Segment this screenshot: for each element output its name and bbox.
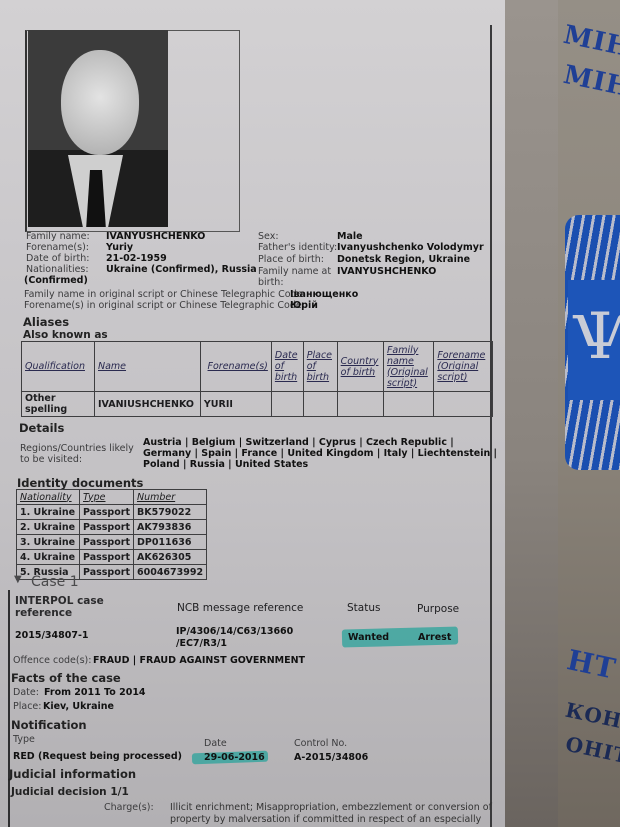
alias-name: IVANIUSHCHENKO: [95, 392, 201, 417]
father-label: Father's identity:: [258, 242, 337, 253]
original-family-label: Family name in original script or Chines…: [24, 289, 306, 300]
status-label: Status: [347, 603, 380, 614]
nationalities-value-cont: (Confirmed): [24, 275, 88, 286]
col-type: Type: [80, 490, 134, 505]
control-no-value: A-2015/34806: [294, 752, 368, 763]
alias-pob: [303, 392, 337, 417]
aliases-table: Qualification Name Forename(s) Date of b…: [21, 341, 493, 417]
offence-value: FRAUD | FRAUD AGAINST GOVERNMENT: [93, 655, 305, 666]
nationalities-label: Nationalities:: [26, 264, 89, 275]
table-row: 3. UkrainePassportDP011636: [17, 535, 207, 550]
doc-type: Passport: [80, 520, 134, 535]
page-border-left: [8, 590, 10, 827]
family-at-birth-label: Family name at: [258, 266, 331, 277]
alias-country: [337, 392, 383, 417]
alias-family-original: [383, 392, 433, 417]
col-family-original: Family name (Original script): [383, 342, 433, 392]
col-country: Country of birth: [337, 342, 383, 392]
col-forename: Forename(s): [200, 342, 271, 392]
status-value: Wanted: [348, 632, 389, 643]
table-row: Other spelling IVANIUSHCHENKO YURII: [22, 392, 493, 417]
nationalities-value: Ukraine (Confirmed), Russia: [106, 264, 257, 275]
col-forename-original: Forename (Original script): [434, 342, 493, 392]
doc-nationality: 2. Ukraine: [17, 520, 80, 535]
doc-number: AK793836: [133, 520, 206, 535]
charges-line-1: Illicit enrichment; Misappropriation, em…: [170, 802, 492, 813]
col-dob: Date of birth: [271, 342, 303, 392]
regions-line-2: Germany | Spain | France | United Kingdo…: [143, 448, 497, 459]
doc-number: 6004673992: [133, 565, 206, 580]
doc-nationality: 4. Ukraine: [17, 550, 80, 565]
family-name-label: Family name:: [26, 231, 90, 242]
facts-date-label: Date:: [13, 687, 39, 698]
father-value: Ivanyushchenko Volodymyr: [337, 242, 484, 253]
notification-heading: Notification: [11, 718, 87, 732]
ncb-label: NCB message reference: [177, 603, 303, 614]
original-forename-label: Forename(s) in original script or Chines…: [24, 300, 305, 311]
case-heading[interactable]: Case 1: [31, 574, 79, 590]
portrait-photo: [28, 30, 168, 227]
doc-number: AK626305: [133, 550, 206, 565]
dob-label: Date of birth:: [26, 253, 89, 264]
forename-value: Yuriy: [106, 242, 133, 253]
col-qualification: Qualification: [22, 342, 95, 392]
notification-type-label: Type: [13, 734, 35, 745]
regions-label: Regions/Countries likely to be visited:: [20, 443, 138, 465]
dob-value: 21-02-1959: [106, 253, 167, 264]
case-toggle-icon[interactable]: ▼: [14, 574, 22, 585]
col-name: Name: [95, 342, 201, 392]
alias-qualification: Other spelling: [22, 392, 95, 417]
background-folder: [500, 0, 562, 827]
details-heading: Details: [19, 421, 64, 435]
interpol-ref-label-2: reference: [15, 608, 72, 619]
table-row: 2. UkrainePassportAK793836: [17, 520, 207, 535]
doc-nationality: 3. Ukraine: [17, 535, 80, 550]
identity-documents-heading: Identity documents: [17, 476, 143, 490]
sex-value: Male: [337, 231, 363, 242]
facts-place-label: Place:: [13, 701, 41, 712]
original-family-value: Іванющенко: [290, 289, 358, 300]
doc-type: Passport: [80, 535, 134, 550]
family-at-birth-label-cont: birth:: [258, 277, 284, 288]
purpose-value: Arrest: [418, 632, 451, 643]
notification-date-value: 29-06-2016: [204, 752, 265, 763]
doc-nationality: 1. Ukraine: [17, 505, 80, 520]
forename-label: Forename(s):: [26, 242, 89, 253]
doc-number: BK579022: [133, 505, 206, 520]
doc-type: Passport: [80, 550, 134, 565]
identity-header-row: Nationality Type Number: [17, 490, 207, 505]
facts-place-value: Kiev, Ukraine: [43, 701, 114, 712]
notification-date-label: Date: [204, 738, 227, 749]
table-row: 4. UkrainePassportAK626305: [17, 550, 207, 565]
family-at-birth-value: IVANYUSHCHENKO: [337, 266, 436, 277]
original-forename-value: Юрій: [290, 300, 318, 311]
charges-label: Charge(s):: [104, 802, 154, 813]
doc-type: Passport: [80, 565, 134, 580]
interpol-ref-label-1: INTERPOL case: [15, 596, 104, 607]
ncb-value-1: IP/4306/14/C63/13660: [176, 626, 293, 637]
aliases-header-row: Qualification Name Forename(s) Date of b…: [22, 342, 493, 392]
judicial-decision-heading: Judicial decision 1/1: [11, 786, 129, 798]
aliases-heading: Aliases: [23, 315, 69, 329]
sex-label: Sex:: [258, 231, 279, 242]
ncb-value-2: /EC7/R3/1: [176, 638, 227, 649]
alias-dob: [271, 392, 303, 417]
regions-line-1: Austria | Belgium | Switzerland | Cyprus…: [143, 437, 454, 448]
facts-heading: Facts of the case: [11, 671, 121, 685]
notification-type-value: RED (Request being processed): [13, 751, 182, 762]
birthplace-label: Place of birth:: [258, 254, 324, 265]
judicial-heading: Judicial information: [9, 767, 136, 781]
col-pob: Place of birth: [303, 342, 337, 392]
doc-type: Passport: [80, 505, 134, 520]
offence-label: Offence code(s):: [13, 655, 91, 666]
trident-icon: Ѱ: [572, 300, 620, 374]
interpol-ref-value: 2015/34807-1: [15, 630, 89, 641]
facts-date-value: From 2011 To 2014: [44, 687, 146, 698]
regions-line-3: Poland | Russia | United States: [143, 459, 308, 470]
doc-number: DP011636: [133, 535, 206, 550]
control-no-label: Control No.: [294, 738, 347, 749]
col-number: Number: [133, 490, 206, 505]
charges-line-2: property by malversation if committed in…: [170, 814, 481, 825]
table-row: 1. UkrainePassportBK579022: [17, 505, 207, 520]
alias-forename: YURII: [200, 392, 271, 417]
also-known-as-heading: Also known as: [23, 329, 108, 341]
purpose-label: Purpose: [417, 604, 459, 615]
birthplace-value: Donetsk Region, Ukraine: [337, 254, 470, 265]
alias-forename-original: [434, 392, 493, 417]
page-border-right: [490, 25, 492, 827]
col-nationality: Nationality: [17, 490, 80, 505]
family-name-value: IVANYUSHCHENKO: [106, 231, 205, 242]
identity-documents-table: Nationality Type Number 1. UkrainePasspo…: [16, 489, 207, 580]
